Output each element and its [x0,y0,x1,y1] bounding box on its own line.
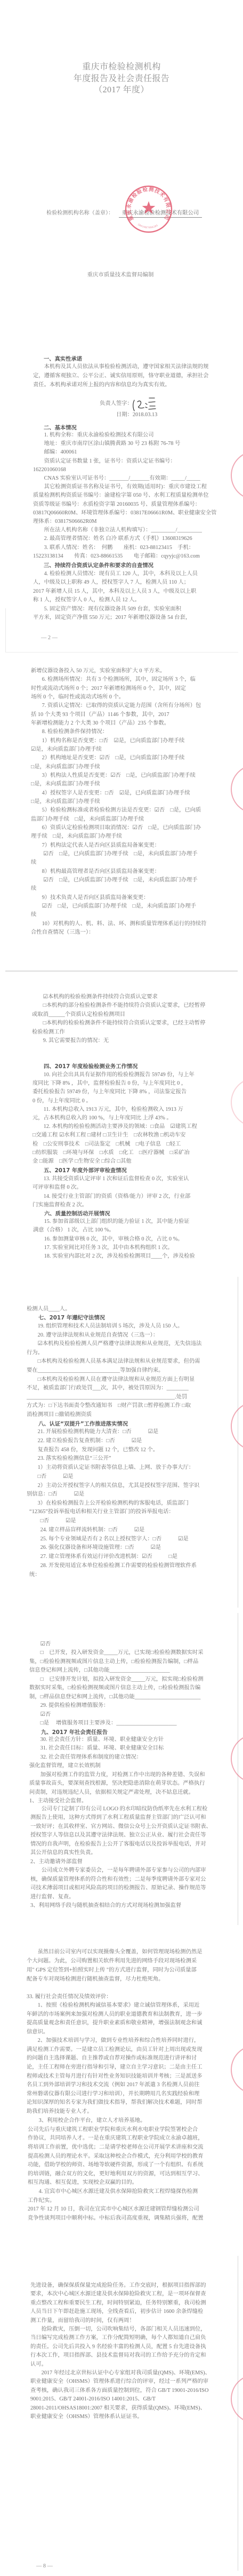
section-heading-business: 四、2017 年度检验检测业务工作情况 [44,1062,137,1071]
basic-info-text: 1. 机构全称：重庆永渝检验检测技术有限公司 地址：重庆市南岸区涂山镇腾黄路 3… [33,431,216,561]
compliance-text: 19. 组织管理和技术人员法制培训 5 场次，涉及人员 150 人。 20. 遵… [27,1322,201,1420]
quality-control-text: 15. 参加省部级以上部门组织的能力验证 1 次，其中能力验证 满意（合格） 1… [33,1218,195,1261]
quality-control-text-continued: 检测人员____人。 [27,1305,70,1314]
company-seal-icon: 重庆永渝检验检测技术有限公司 5001087096285 [124,185,173,234]
institution-name-label: 检验检测机构名称（盖章）： [46,209,114,218]
seal-star-icon [142,201,156,214]
dual-upgrade-text-c: ☑否 □ 已开发，投入研发资金_____万元，已实现□检验检测数据实时采 集，□… [29,1640,204,1728]
cover-title-line-2: 年度报告及社会责任报告 [0,73,243,84]
riding-seal-icon [231,765,243,814]
social-responsibility-text-f: 先进设备，确保保质保量完成抢险任务。工作交底时，根据项目指挥部的 要求，本次中心… [30,2281,210,2422]
social-responsibility-text-a: 30. 社会责任方针：质量、环境、职业健康安全方针 31. 社会责任目标：质量、… [29,1736,205,1806]
section-heading-commitment: 一、真实性承诺 [44,355,82,363]
cover-title-line-3: （2017 年度） [0,84,243,96]
cover-title-line-1: 重庆市检验检测机构 [0,61,243,73]
dual-upgrade-text-a: 21. 开展检验检测机构能力大清查：□否 ☑是 22. 建立检验报告复查机制：□… [27,1428,199,1508]
self-check-choice-text: ☑本机构的检验检测条件持续符合资质认定要求 □本机构的部分检验检测条件不能持续符… [32,993,205,1045]
riding-seal-icon [231,1078,243,1127]
compiled-by: 重庆市质量技术监督局编制 [0,271,241,279]
item-33-label: 33. 履行社会责任情况及绩效评价： [27,1993,112,2001]
social-responsibility-text-c: 虽然目前公司室内可以实现摄像头全覆盖，如何管理现场检测仍然是 个大问题。为此，公… [27,1947,203,1984]
section-heading-compliance: 七、2017 年遵纪守法情况 [38,1314,105,1322]
riding-seal-icon [231,1734,243,1783]
social-responsibility-text-b: 公司专门定制了印有公司 LOGO 的水印暗纹防伪纸率先在水利工程检 测报告上使用… [30,1805,212,1910]
page-separator [5,971,238,972]
conditions-text: 新增仪器设备投入 50 万元，实验室面积扩大 0 平方米。 6. 检测场所情况：… [31,667,207,937]
section-heading-quality-control: 六、质量控制活动开展情况 [44,1210,110,1218]
riding-seal-icon [231,2045,243,2094]
riding-seal-icon [231,1402,243,1451]
report-date: 日期：2018.03.13 [116,411,157,419]
svg-text:5001087096285: 5001087096285 [137,224,159,229]
section-heading-external-review: 五、2017 年度外部评审检查情况 [44,1166,127,1175]
page-frame [5,608,238,653]
signature-label: 负责人签字： [100,400,133,408]
commitment-text: 本机构及其人员依法从事检验检测活动，遵守国家相关法律法规的规 定，遵循客观独立、… [33,363,209,389]
business-text: 10. 向社会出具具有证据作用的检验检测报告 59749 份，与上年 度同比 下… [33,1071,197,1166]
external-review-text: 13. 共接受资质认定评审 1 次和证后监督检查 0 次，实验室认 可评审和监督… [33,1175,190,1210]
social-responsibility-text-e: 3、利用校企合作平台，建立人才培养基地。 公司先后与重庆建筑工程职业学院和重庆水… [28,2117,204,2223]
riding-seal-icon [231,451,243,500]
riding-seal-icon [231,2374,243,2423]
social-responsibility-text-d: 1、按照《检验检测机构诚信基本要求》建立诚信管理体系，采用近 年鲜活的市场案例来… [27,2001,203,2117]
page-number: — 2 — [41,634,58,642]
dual-upgrade-text-b: “12365”投诉举报电话和相关行业主管部门的投诉举报电话： □否 ☑是 24.… [29,1508,197,1580]
page-number: — 8 — [36,2562,53,2571]
section-heading-dual-upgrade: 八、认证“双提升”工作推进落实情况 [38,1420,128,1428]
section-heading-self-check: 三、持续符合资质认定条件和要求的自查情况 [44,561,153,570]
seal-code-text: 5001087096285 [137,224,159,229]
